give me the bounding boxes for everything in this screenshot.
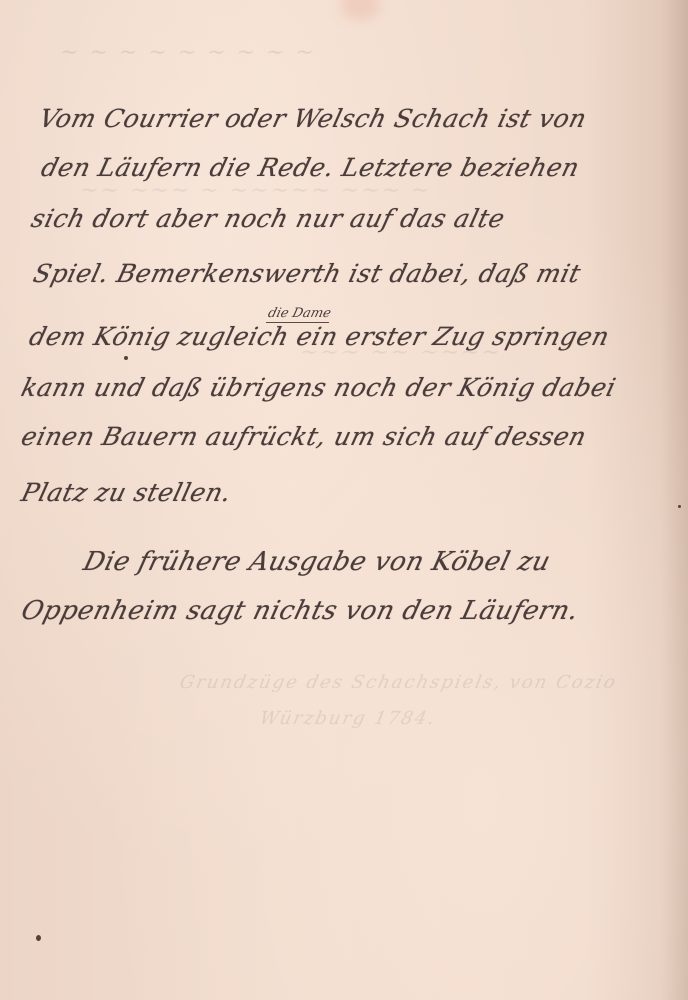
manuscript-line: den Läufern die Rede. Letztere beziehen bbox=[38, 153, 582, 182]
manuscript-page: ~ ~ ~ ~ ~ ~ ~ ~ ~ ~~ ~~~ ~ ~~~~~ ~~~ ~ ~… bbox=[0, 0, 688, 1000]
interlinear-insertion: die Dame bbox=[266, 306, 333, 323]
paper-stain bbox=[340, 0, 380, 20]
manuscript-line: Platz zu stellen. bbox=[18, 478, 234, 507]
show-through-text: ~ ~ ~ ~ ~ ~ ~ ~ ~ bbox=[57, 40, 688, 65]
ink-speck bbox=[678, 505, 681, 508]
manuscript-line: sich dort aber noch nur auf das alte bbox=[28, 204, 508, 233]
show-through-text: Würzburg 1784. bbox=[258, 708, 688, 729]
manuscript-line: Spiel. Bemerkenswerth ist dabei, daß mit bbox=[30, 259, 583, 288]
ink-speck bbox=[36, 935, 41, 941]
manuscript-line: einen Bauern aufrückt, um sich auf desse… bbox=[18, 422, 589, 451]
ink-speck bbox=[124, 356, 128, 360]
manuscript-line: Die frühere Ausgabe von Köbel zu bbox=[80, 547, 553, 577]
manuscript-line: Oppenheim sagt nichts von den Läufern. bbox=[18, 596, 582, 626]
manuscript-line: kann und daß übrigens noch der König dab… bbox=[18, 373, 619, 402]
manuscript-line: Vom Courrier oder Welsch Schach ist von bbox=[36, 104, 589, 133]
show-through-text: Grundzüge des Schachspiels, von Cozio bbox=[178, 672, 688, 693]
manuscript-line: dem König zugleich ein erster Zug spring… bbox=[26, 322, 612, 351]
